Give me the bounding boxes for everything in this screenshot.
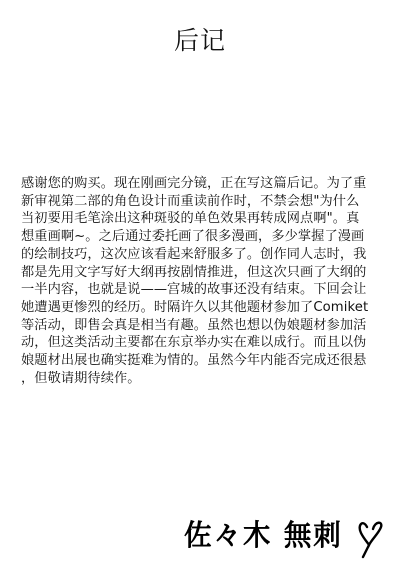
afterword-body: 感谢您的购买。现在刚画完分镜，正在写这篇后记。为了重 新审视第二部的角色设计而重… xyxy=(21,175,391,387)
body-line: 动，但这类活动主要都在东京举办实在难以成行。而且以伪 xyxy=(21,334,391,352)
body-line: 等活动，即售会真是相当有趣。虽然也想以伪娘题材参加活 xyxy=(21,317,391,335)
body-line: 感谢您的购买。现在刚画完分镜，正在写这篇后记。为了重 xyxy=(21,175,391,193)
body-line: 新审视第二部的角色设计而重读前作时，不禁会想"为什么 xyxy=(21,193,391,211)
page-title: 后记 xyxy=(0,21,400,57)
body-line: ，但敬请期待续作。 xyxy=(21,370,391,388)
body-line: 她遭遇更惨烈的经历。时隔许久以其他题材参加了Comiket xyxy=(21,299,391,317)
body-line: 想重画啊~。之后通过委托画了很多漫画，多少掌握了漫画 xyxy=(21,228,391,246)
body-line: 的绘制技巧，这次应该看起来舒服多了。创作同人志时，我 xyxy=(21,246,391,264)
body-line: 娘题材出展也确实挺难为情的。虽然今年内能否完成还很悬 xyxy=(21,352,391,370)
author-signature: 佐々木 無刺 xyxy=(184,513,343,554)
body-line: 都是先用文字写好大纲再按剧情推进，但这次只画了大纲的 xyxy=(21,264,391,282)
heart-icon xyxy=(355,519,385,563)
body-line: 当初要用毛笔涂出这种斑驳的单色效果再转成网点啊"。真 xyxy=(21,210,391,228)
body-line: 一半内容，也就是说——宫城的故事还没有结束。下回会让 xyxy=(21,281,391,299)
